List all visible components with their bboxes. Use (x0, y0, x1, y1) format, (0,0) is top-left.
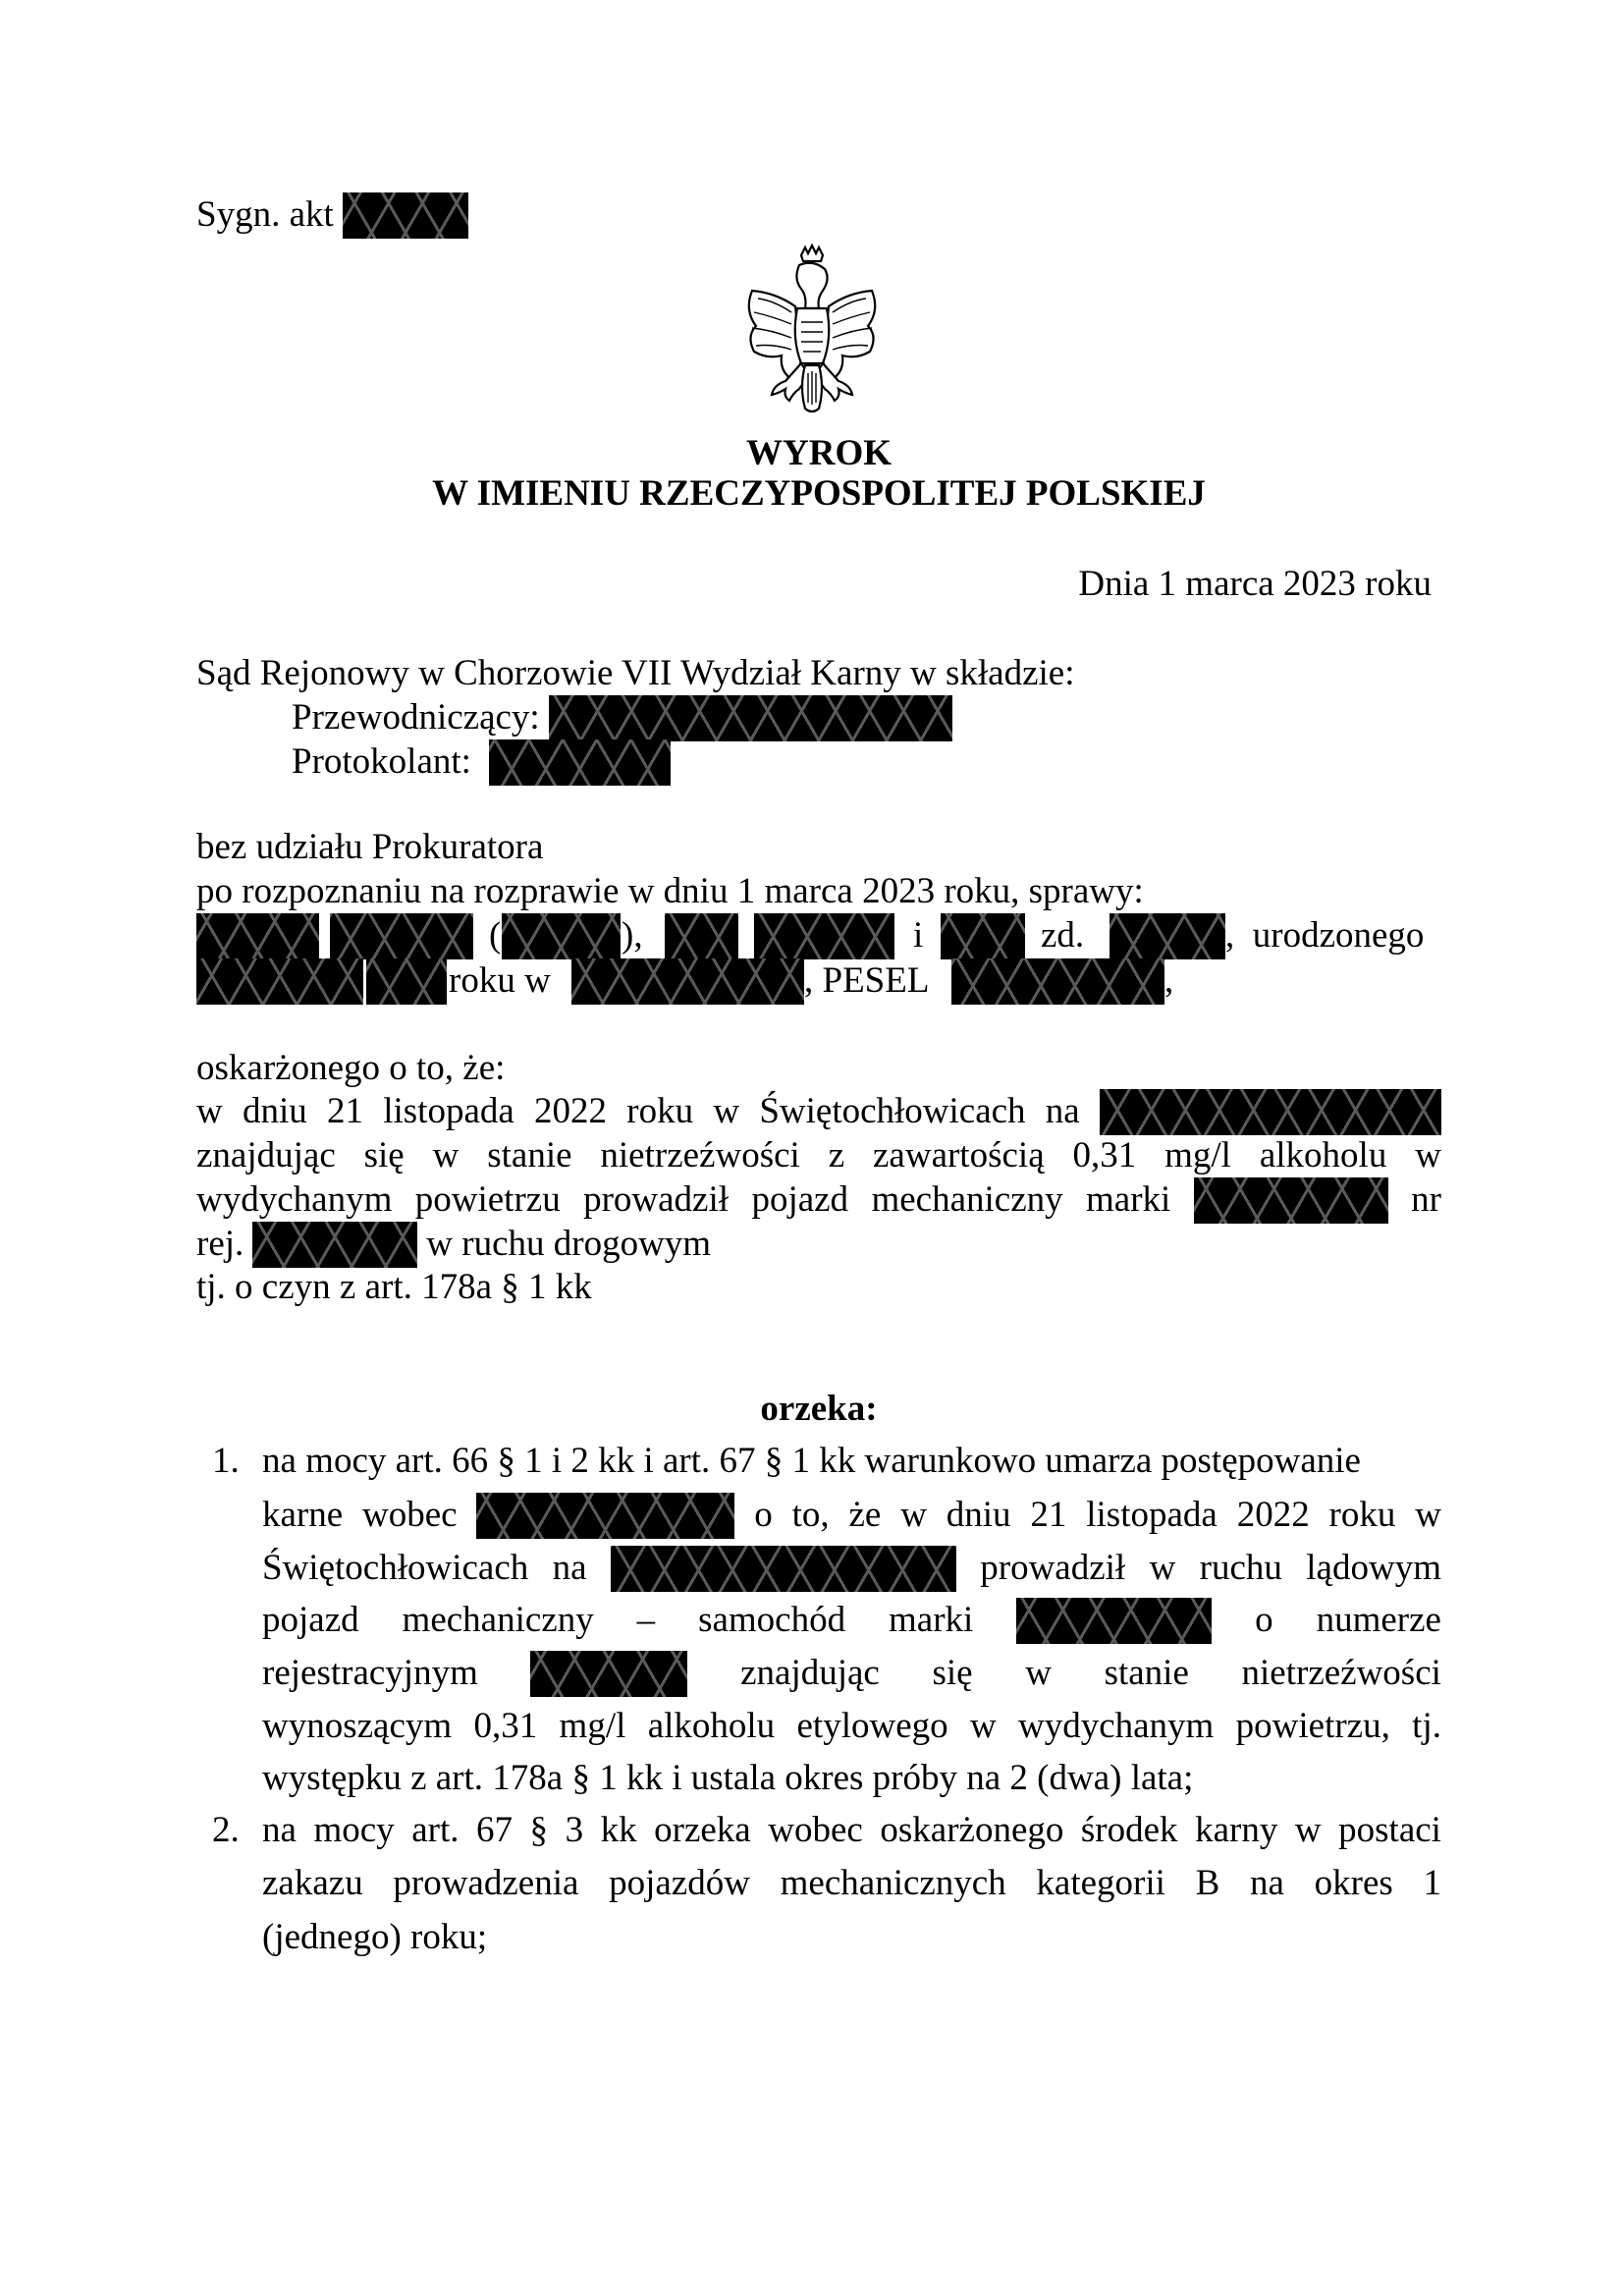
text-token: na (1046, 1089, 1080, 1134)
text-token: 0,31 (1073, 1133, 1137, 1178)
text-token: mg/l (560, 1704, 626, 1749)
ruling-item-2-line-3: (jednego) roku; (262, 1915, 1441, 1960)
text-token: prowadzenia (393, 1861, 578, 1906)
text-token: w (900, 1493, 927, 1538)
redaction-father-name (665, 913, 738, 959)
text-token: dniu (947, 1493, 1011, 1538)
text-token: stanie (487, 1133, 571, 1178)
redaction-clerk-name (489, 739, 671, 786)
text-token: roku (1329, 1493, 1396, 1538)
text-token: tj. o czyn z art. 178a § 1 kk (196, 1265, 592, 1310)
text-token: powietrzu, (1236, 1704, 1390, 1749)
ruling-item-1-line-3: Świętochłowicachnaprowadziłwruchulądowym (262, 1546, 1441, 1591)
charge-line-3: wydychanympowietrzuprowadziłpojazdmechan… (196, 1177, 1441, 1223)
text-token: wydychanym (196, 1177, 392, 1223)
text-token: rej. (196, 1222, 243, 1267)
redaction-father-surname (754, 913, 894, 959)
text-token: mg/l (1164, 1133, 1231, 1178)
judgment-title: WYROK (196, 431, 1441, 476)
text-token: Sygn. akt (196, 192, 334, 238)
ruling-item-1-line-6: wynoszącym0,31mg/lalkoholuetylowegowwydy… (262, 1704, 1441, 1749)
text-token: , urodzonego (1225, 913, 1424, 958)
text-token: roku w (449, 958, 551, 1004)
document-page: { "header": { "signature_label": "Sygn. … (0, 0, 1623, 2296)
redaction-first-name (196, 913, 319, 959)
text-token: powietrzu (415, 1177, 561, 1223)
ruling-item-1-number: 1. (212, 1439, 240, 1484)
ruling-item-2-line-2: zakazuprowadzeniapojazdówmechanicznychka… (262, 1861, 1441, 1906)
text-token: stanie (1105, 1651, 1189, 1696)
redaction-mother-maiden-name (1109, 913, 1225, 959)
judgment-subtitle: W IMIENIU RZECZYPOSPOLITEJ POLSKIEJ (196, 471, 1441, 517)
text-token: w (1150, 1546, 1176, 1591)
charge-line-4: rej.w ruchu drogowym (196, 1222, 711, 1267)
text-token: Protokolant: (292, 739, 471, 785)
redaction-location (1100, 1089, 1441, 1135)
text-token: na (553, 1546, 587, 1591)
redaction-registration-number (530, 1651, 687, 1697)
prosecutor-line: bez udziału Prokuratora (196, 825, 543, 870)
text-token: środek (1081, 1808, 1178, 1853)
redaction-second-name (330, 913, 473, 959)
text-token: w (970, 1704, 997, 1749)
redaction-mother-name (941, 913, 1025, 959)
charge-intro: oskarżonego o to, że: (196, 1046, 505, 1091)
text-token: z (829, 1133, 844, 1178)
text-token: to, (792, 1493, 830, 1538)
text-token: ), (622, 913, 643, 958)
charge-line-2: znajdującsięwstanienietrzeźwościzzawarto… (196, 1133, 1441, 1178)
text-token: wobec (768, 1808, 863, 1853)
text-token: alkoholu (1260, 1133, 1386, 1178)
text-token: w (433, 1133, 460, 1178)
text-token: listopada (383, 1089, 514, 1134)
text-token: – (637, 1598, 656, 1643)
text-token: mechanicznych (781, 1861, 1006, 1906)
ruling-heading: orzeka: (196, 1387, 1441, 1432)
text-token: karny (1195, 1808, 1277, 1853)
text-token: alkoholu (648, 1704, 775, 1749)
text-token: mechaniczny (871, 1177, 1062, 1223)
text-token: 0,31 (473, 1704, 537, 1749)
text-token: Świętochłowicach (262, 1546, 528, 1591)
text-token: orzeka: (760, 1387, 877, 1432)
text-token: samochód (698, 1598, 845, 1643)
text-token: zd. (1041, 913, 1084, 958)
text-token: orzeka (654, 1808, 751, 1853)
text-token: etylowego (797, 1704, 948, 1749)
text-token: o (754, 1493, 773, 1538)
text-token: pojazd (751, 1177, 848, 1223)
text-token: nr (1411, 1177, 1441, 1223)
text-token: wobec (362, 1493, 458, 1538)
text-token: kategorii (1036, 1861, 1165, 1906)
text-token: 2022 (534, 1089, 607, 1134)
text-token: karne (262, 1493, 343, 1538)
polish-eagle-emblem-icon (738, 244, 886, 420)
text-token: zakazu (262, 1861, 363, 1906)
text-token: okres (1315, 1861, 1393, 1906)
redaction-case-number (343, 192, 468, 239)
ruling-item-2-number: 2. (212, 1808, 240, 1853)
text-token: wynoszącym (262, 1704, 452, 1749)
redaction-birth-date (196, 958, 363, 1005)
text-token: i (913, 913, 923, 958)
defendant-line-2: roku w, PESEL, (196, 958, 1441, 1004)
text-token: 21 (327, 1089, 363, 1134)
charge-line-1: wdniu21listopada2022rokuwŚwiętochłowicac… (196, 1089, 1441, 1134)
text-token: na mocy art. 66 § 1 i 2 kk i art. 67 § 1… (262, 1439, 1361, 1484)
text-token: postaci (1338, 1808, 1441, 1853)
text-token: prowadził (583, 1177, 729, 1223)
case-signature-line: Sygn. akt (196, 192, 468, 238)
hearing-text: po rozpoznaniu na rozprawie w dniu 1 mar… (196, 869, 1144, 914)
text-token: pojazdów (609, 1861, 750, 1906)
text-token: prowadził (980, 1546, 1125, 1591)
redaction-vehicle-make (1016, 1598, 1212, 1644)
text-token: nietrzeźwości (1242, 1651, 1441, 1696)
text-token: znajdując (196, 1133, 336, 1178)
prosecutor-text: bez udziału Prokuratora (196, 825, 543, 870)
text-token: nietrzeźwości (600, 1133, 799, 1178)
text-token: w (1415, 1133, 1441, 1178)
text-token: mechaniczny (403, 1598, 594, 1643)
clerk-line: Protokolant: (292, 739, 671, 785)
judgment-date-text: Dnia 1 marca 2023 roku (1078, 562, 1432, 607)
text-token: tj. (1412, 1704, 1441, 1749)
presiding-judge-line: Przewodniczący: (292, 695, 952, 740)
redaction-registration-number (252, 1222, 417, 1268)
court-composition-text: Sąd Rejonowy w Chorzowie VII Wydział Kar… (196, 651, 1075, 696)
ruling-item-1-line-2: karnewobecoto,żewdniu21listopada2022roku… (262, 1493, 1441, 1538)
redaction-location (611, 1546, 956, 1592)
text-token: zawartością (873, 1133, 1045, 1178)
charge-line-5: tj. o czyn z art. 178a § 1 kk (196, 1265, 592, 1310)
ruling-item-1-line-1: na mocy art. 66 § 1 i 2 kk i art. 67 § 1… (262, 1439, 1441, 1484)
text-token: art. (411, 1808, 459, 1853)
text-token: znajdując (740, 1651, 880, 1696)
text-token: w (1295, 1808, 1322, 1853)
text-token: B (1196, 1861, 1220, 1906)
text-token: w (713, 1089, 739, 1134)
text-token: roku (626, 1089, 693, 1134)
text-token: na (262, 1808, 297, 1853)
ruling-item-1-line-5: rejestracyjnymznajdującsięwstanienietrze… (262, 1651, 1441, 1696)
redaction-alias (502, 913, 621, 959)
text-token: listopada (1086, 1493, 1217, 1538)
text-token: § (530, 1808, 549, 1853)
text-token: 3 (566, 1808, 584, 1853)
ruling-item-2-line-1: namocyart.67§3kkorzekawobecoskarżonegośr… (262, 1808, 1441, 1853)
text-token: lądowym (1306, 1546, 1441, 1591)
redaction-pesel (951, 958, 1164, 1005)
text-token: że (849, 1493, 882, 1538)
text-token: rejestracyjnym (262, 1651, 478, 1696)
text-token: 21 (1030, 1493, 1066, 1538)
redaction-presiding-judge-name (549, 695, 952, 741)
redaction-vehicle-make (1194, 1177, 1388, 1224)
redaction-defendant-name (476, 1493, 734, 1539)
text-token: na (1250, 1861, 1284, 1906)
text-token: w (1025, 1651, 1052, 1696)
text-token: 67 (476, 1808, 513, 1853)
text-token: się (932, 1651, 972, 1696)
text-token: w (1415, 1493, 1441, 1538)
text-token: , PESEL (804, 958, 929, 1004)
text-token: ( (489, 913, 501, 958)
text-token: Przewodniczący: (292, 695, 540, 740)
text-token: kk (601, 1808, 637, 1853)
text-token: 2022 (1237, 1493, 1310, 1538)
judgment-subtitle-text: W IMIENIU RZECZYPOSPOLITEJ POLSKIEJ (432, 471, 1206, 517)
text-token: oskarżonego o to, że: (196, 1046, 505, 1091)
text-token: o (1255, 1598, 1273, 1643)
court-composition: Sąd Rejonowy w Chorzowie VII Wydział Kar… (196, 651, 1075, 696)
text-token: wydychanym (1018, 1704, 1214, 1749)
text-token: ruchu (1200, 1546, 1282, 1591)
judgment-title-text: WYROK (746, 431, 892, 476)
ruling-item-1-line-7: występku z art. 178a § 1 kk i ustala okr… (262, 1756, 1441, 1801)
text-token: marki (1086, 1177, 1170, 1223)
text-token: oskarżonego (880, 1808, 1063, 1853)
redaction-birth-year (366, 958, 447, 1005)
text-token: w (196, 1089, 223, 1134)
text-token: się (364, 1133, 405, 1178)
text-token: marki (889, 1598, 973, 1643)
text-token: numerze (1317, 1598, 1441, 1643)
ruling-item-1-line-4: pojazdmechaniczny–samochódmarkionumerze (262, 1598, 1441, 1643)
text-token: dniu (243, 1089, 307, 1134)
text-token: mocy (313, 1808, 394, 1853)
judgment-date: Dnia 1 marca 2023 roku (196, 562, 1432, 607)
text-token: w ruchu drogowym (426, 1222, 711, 1267)
text-token: 1 (1423, 1861, 1441, 1906)
text-token: występku z art. 178a § 1 kk i ustala okr… (262, 1756, 1193, 1801)
text-token: pojazd (262, 1598, 359, 1643)
hearing-line: po rozpoznaniu na rozprawie w dniu 1 mar… (196, 869, 1144, 914)
text-token: , (1164, 958, 1173, 1004)
redaction-birth-place (571, 958, 804, 1005)
text-token: (jednego) roku; (262, 1915, 487, 1960)
text-token: Świętochłowicach (759, 1089, 1025, 1134)
defendant-line-1: (),izd., urodzonego (196, 913, 1441, 958)
